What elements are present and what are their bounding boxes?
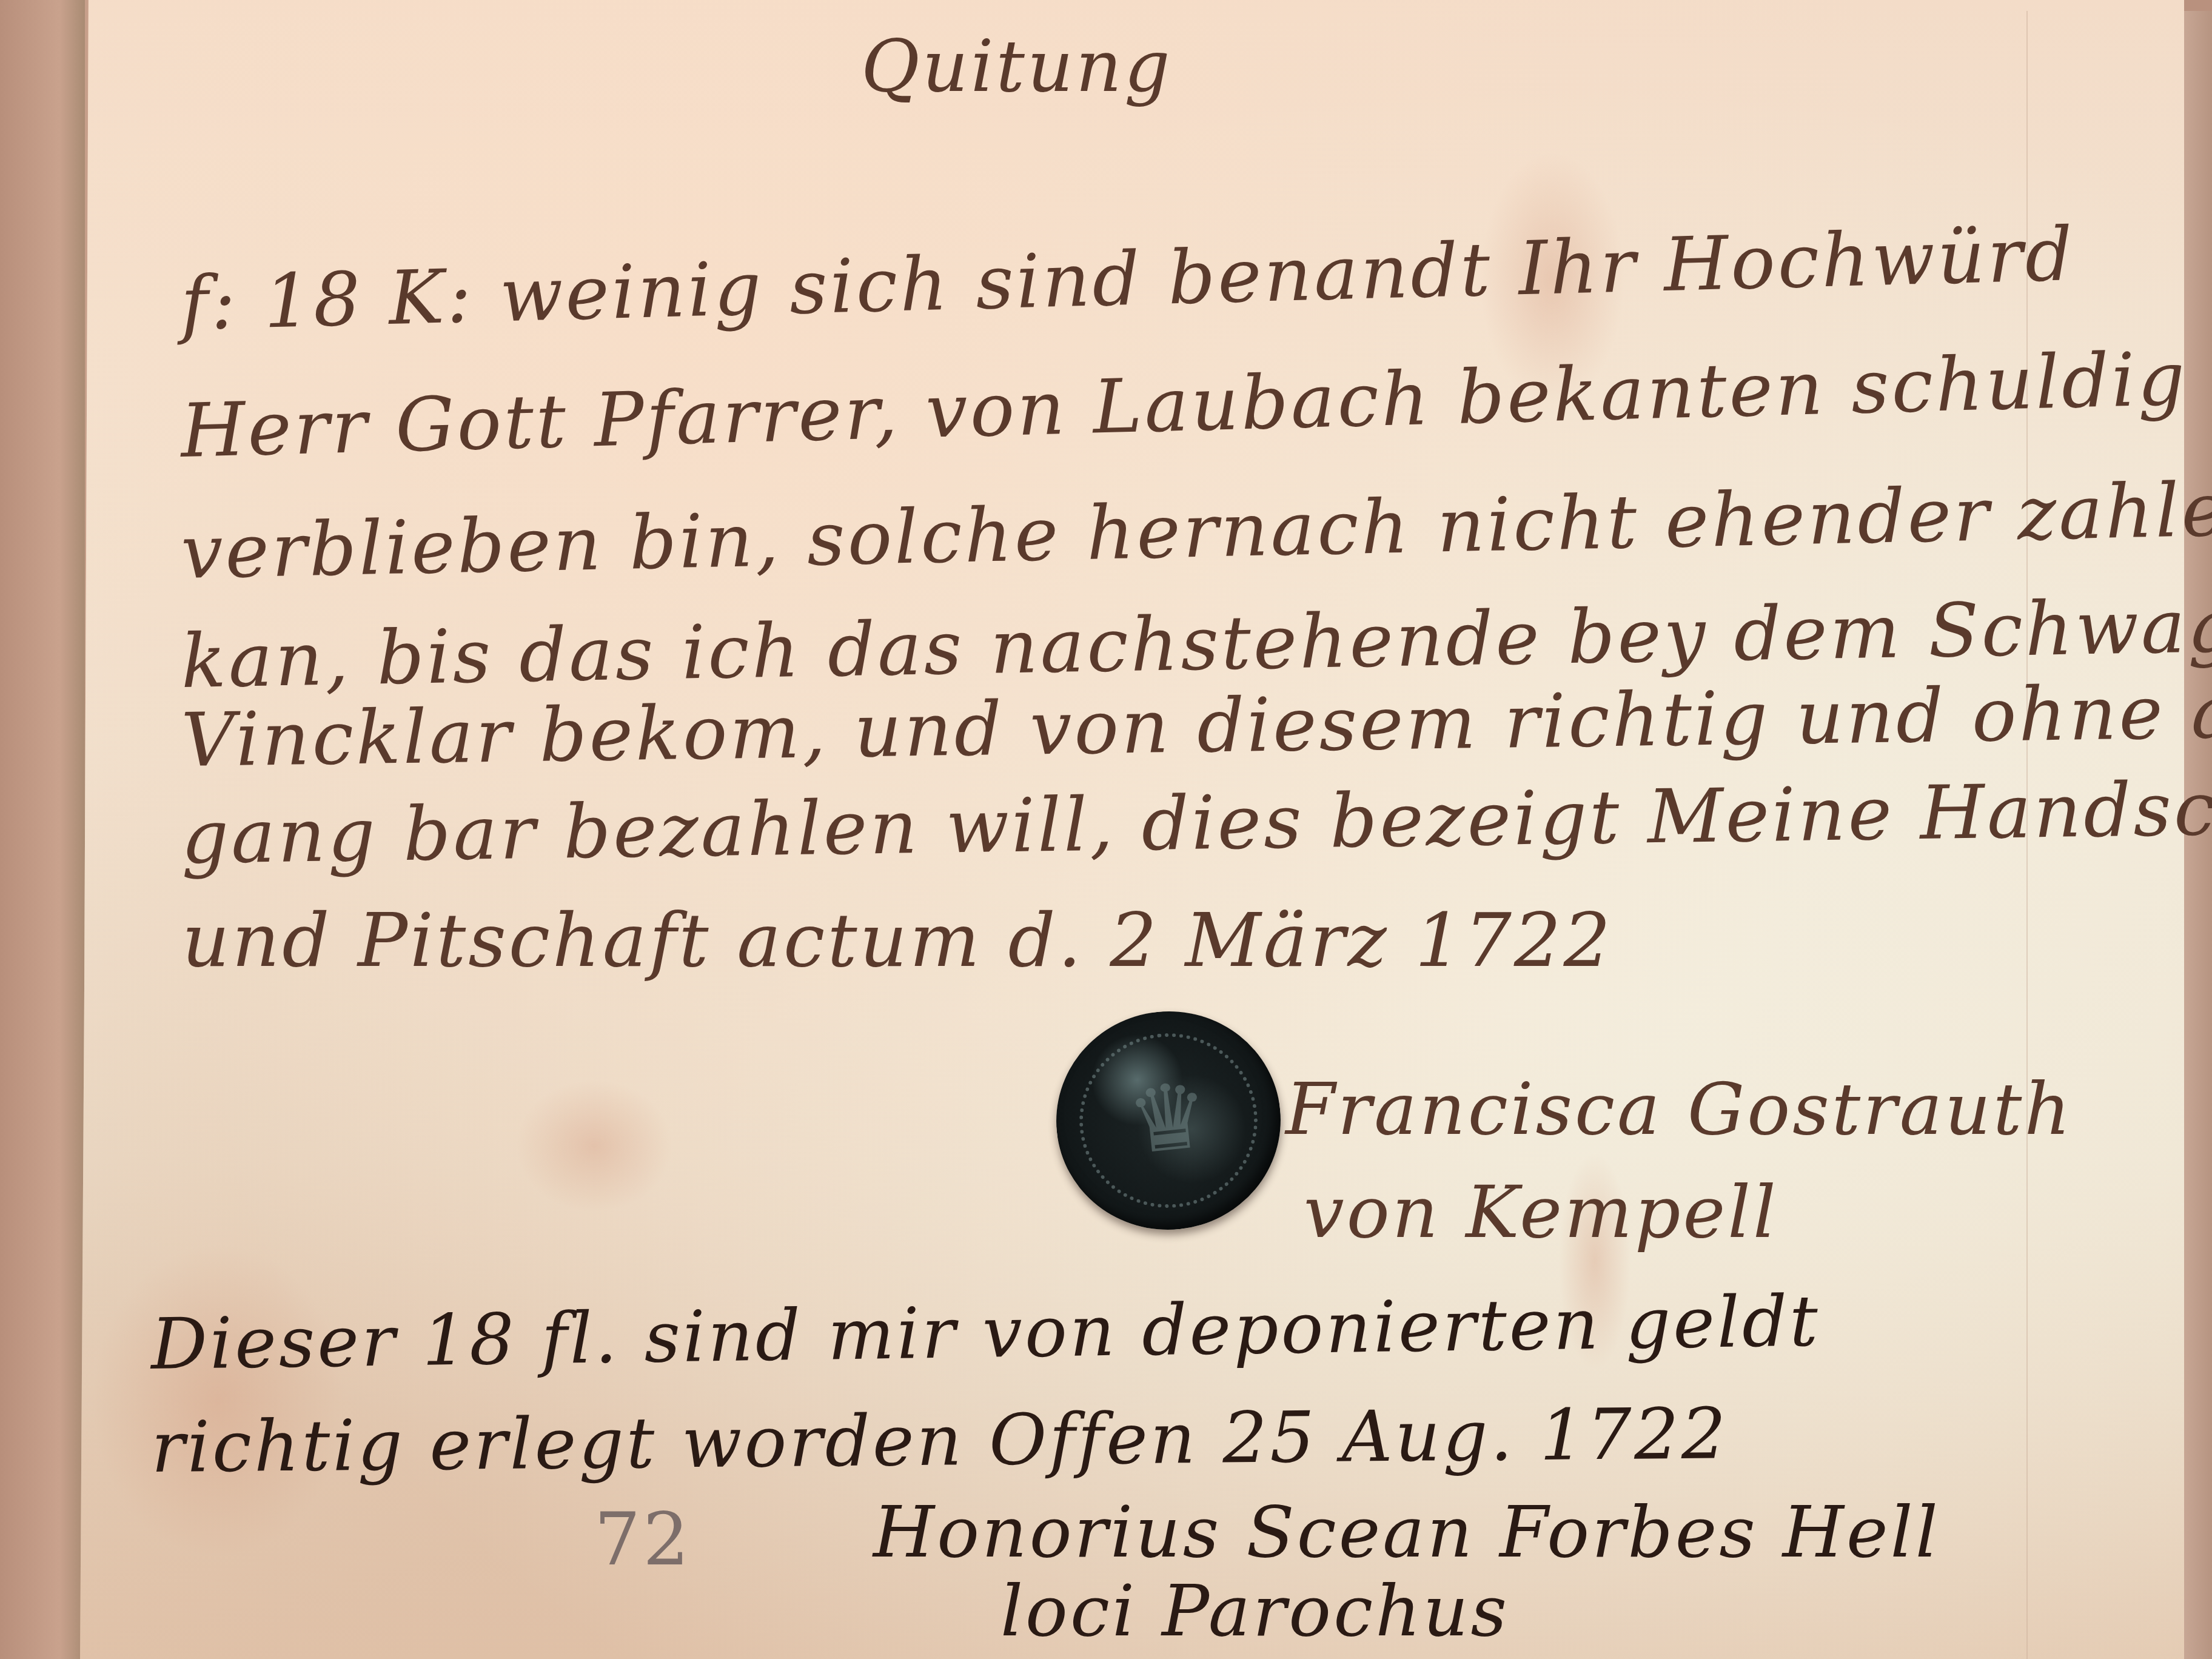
signature-line-1: Francisca Gostrauth <box>1285 1067 2073 1151</box>
archive-number: 72 <box>594 1498 692 1582</box>
body-line-7: und Pitschaft actum d. 2 März 1722 <box>182 897 1613 984</box>
receipt-signature-line-2: loci Parochus <box>1000 1570 1509 1652</box>
coat-of-arms-icon: ♛ <box>1123 1069 1213 1168</box>
signature-line-2: von Kempell <box>1304 1170 1778 1254</box>
paper-stain <box>91 1243 346 1558</box>
backdrop-left <box>0 0 85 1659</box>
receipt-note-line-2: richtig erlegt worden Offen 25 Aug. 1722 <box>151 1393 1729 1489</box>
paper-stain <box>515 1079 673 1213</box>
document-title: Quitung <box>861 24 1172 108</box>
receipt-signature-line-1: Honorius Scean Forbes Hell <box>873 1492 1940 1574</box>
